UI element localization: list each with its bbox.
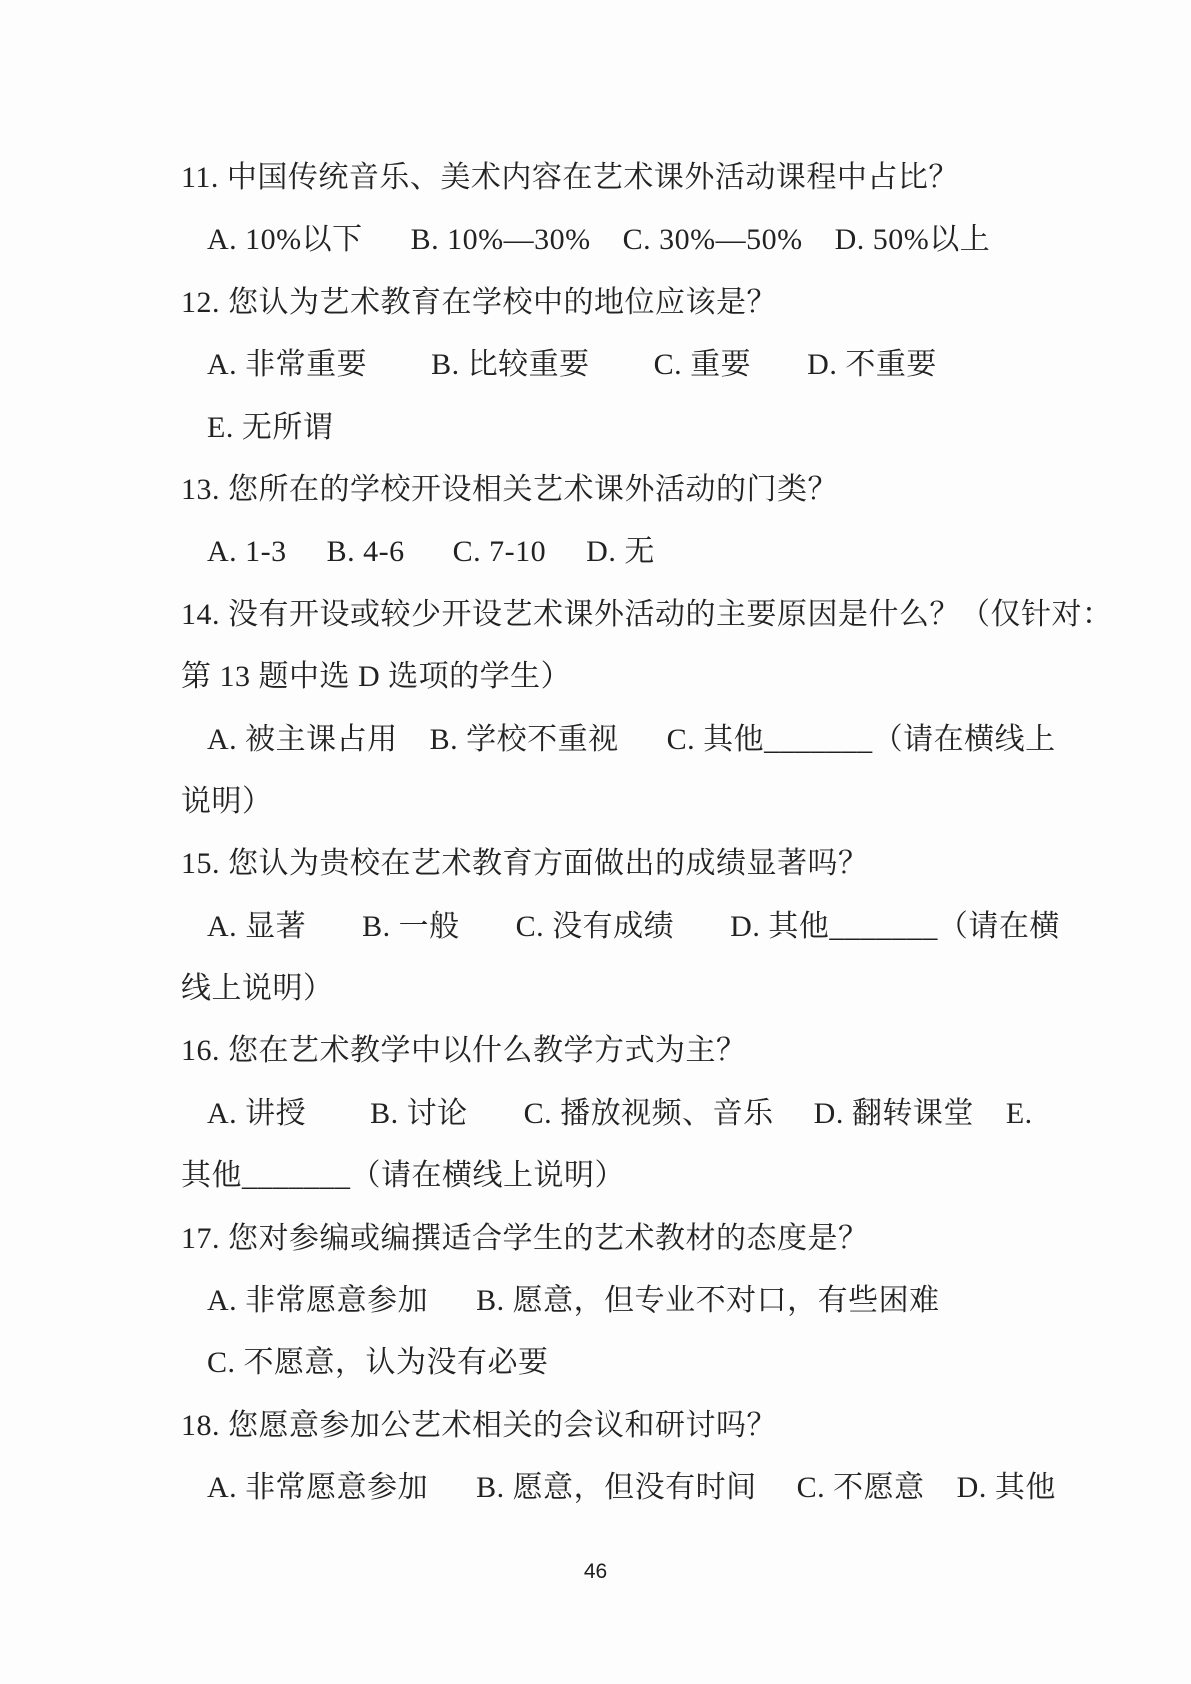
question-16-title: 16. 您在艺术教学中以什么教学方式为主？: [0, 1020, 1191, 1082]
question-14-title-line-1: 14. 没有开设或较少开设艺术课外活动的主要原因是什么？（仅针对：: [0, 584, 1191, 646]
scanned-survey-page: 11. 中国传统音乐、美术内容在艺术课外活动课程中占比？ A. 10%以下 B.…: [0, 0, 1191, 1684]
question-11-title: 11. 中国传统音乐、美术内容在艺术课外活动课程中占比？: [0, 147, 1191, 209]
question-13-title: 13. 您所在的学校开设相关艺术课外活动的门类？: [0, 459, 1191, 521]
question-11-options: A. 10%以下 B. 10%—30% C. 30%—50% D. 50%以上: [0, 209, 1191, 271]
question-16-options: A. 讲授 B. 讨论 C. 播放视频、音乐 D. 翻转课堂 E.: [0, 1083, 1191, 1145]
question-14-options-continuation: 说明）: [0, 771, 1191, 833]
page-number: 46: [0, 1560, 1191, 1584]
question-15-options: A. 显著 B. 一般 C. 没有成绩 D. 其他_______（请在横: [0, 896, 1191, 958]
question-12-options: A. 非常重要 B. 比较重要 C. 重要 D. 不重要: [0, 334, 1191, 396]
question-17-title: 17. 您对参编或编撰适合学生的艺术教材的态度是？: [0, 1208, 1191, 1270]
question-12-option-e: E. 无所谓: [0, 397, 1191, 459]
survey-body: 11. 中国传统音乐、美术内容在艺术课外活动课程中占比？ A. 10%以下 B.…: [0, 147, 1191, 1520]
question-12-title: 12. 您认为艺术教育在学校中的地位应该是？: [0, 272, 1191, 334]
question-15-title: 15. 您认为贵校在艺术教育方面做出的成绩显著吗？: [0, 833, 1191, 895]
question-15-options-continuation: 线上说明）: [0, 958, 1191, 1020]
question-14-title-line-2: 第 13 题中选 D 选项的学生）: [0, 646, 1191, 708]
question-17-options-ab: A. 非常愿意参加 B. 愿意，但专业不对口，有些困难: [0, 1270, 1191, 1332]
question-14-options: A. 被主课占用 B. 学校不重视 C. 其他_______（请在横线上: [0, 709, 1191, 771]
question-18-title: 18. 您愿意参加公艺术相关的会议和研讨吗？: [0, 1395, 1191, 1457]
question-16-options-continuation: 其他_______（请在横线上说明）: [0, 1145, 1191, 1207]
question-17-option-c: C. 不愿意，认为没有必要: [0, 1332, 1191, 1394]
question-13-options: A. 1-3 B. 4-6 C. 7-10 D. 无: [0, 521, 1191, 583]
question-18-options: A. 非常愿意参加 B. 愿意，但没有时间 C. 不愿意 D. 其他: [0, 1457, 1191, 1519]
